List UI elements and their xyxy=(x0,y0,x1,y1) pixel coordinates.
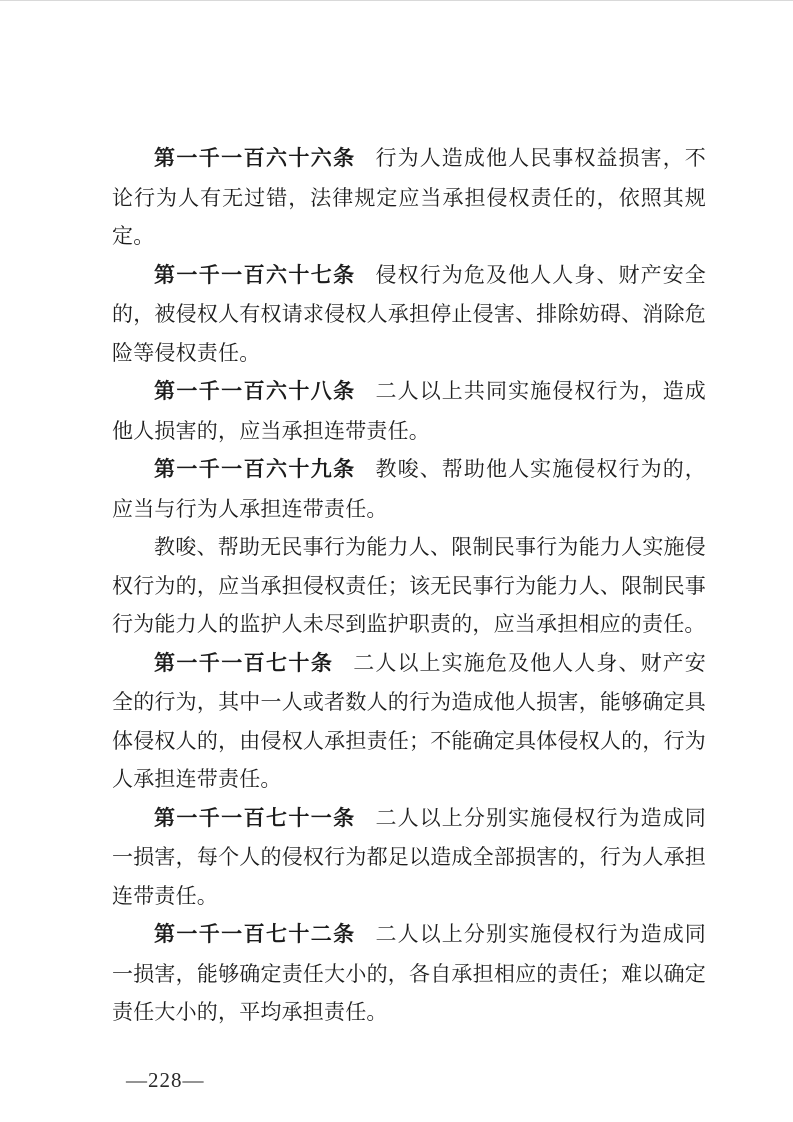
article-1169-number: 第一千一百六十九条 xyxy=(154,458,356,481)
article-1168-number: 第一千一百六十八条 xyxy=(154,380,356,403)
document-page: 第一千一百六十六条行为人造成他人民事权益损害，不论行为人有无过错，法律规定应当承… xyxy=(0,0,793,1122)
article-1171-paragraph: 第一千一百七十一条二人以上分别实施侵权行为造成同一损害，每个人的侵权行为都足以造… xyxy=(112,799,706,916)
article-1168-paragraph: 第一千一百六十八条二人以上共同实施侵权行为，造成他人损害的，应当承担连带责任。 xyxy=(112,372,706,450)
page-number: —228— xyxy=(126,1068,205,1093)
article-1166-paragraph: 第一千一百六十六条行为人造成他人民事权益损害，不论行为人有无过错，法律规定应当承… xyxy=(112,139,706,256)
article-1169-text-2: 教唆、帮助无民事行为能力人、限制民事行为能力人实施侵权行为的，应当承担侵权责任；… xyxy=(112,535,706,636)
article-1167-paragraph: 第一千一百六十七条侵权行为危及他人人身、财产安全的，被侵权人有权请求侵权人承担停… xyxy=(112,256,706,373)
law-text-block: 第一千一百六十六条行为人造成他人民事权益损害，不论行为人有无过错，法律规定应当承… xyxy=(112,139,706,1032)
article-1167-number: 第一千一百六十七条 xyxy=(154,264,356,287)
article-1166-number: 第一千一百六十六条 xyxy=(154,147,356,170)
scan-edge-artifact xyxy=(0,0,793,1)
article-1172-number: 第一千一百七十二条 xyxy=(154,923,356,946)
article-1169-paragraph-2: 教唆、帮助无民事行为能力人、限制民事行为能力人实施侵权行为的，应当承担侵权责任；… xyxy=(112,528,706,644)
article-1170-number: 第一千一百七十条 xyxy=(154,652,333,675)
article-1171-number: 第一千一百七十一条 xyxy=(154,807,356,830)
article-1170-paragraph: 第一千一百七十条二人以上实施危及他人人身、财产安全的行为，其中一人或者数人的行为… xyxy=(112,644,706,799)
article-1172-paragraph: 第一千一百七十二条二人以上分别实施侵权行为造成同一损害，能够确定责任大小的，各自… xyxy=(112,915,706,1032)
article-1169-paragraph: 第一千一百六十九条教唆、帮助他人实施侵权行为的，应当与行为人承担连带责任。 xyxy=(112,450,706,528)
